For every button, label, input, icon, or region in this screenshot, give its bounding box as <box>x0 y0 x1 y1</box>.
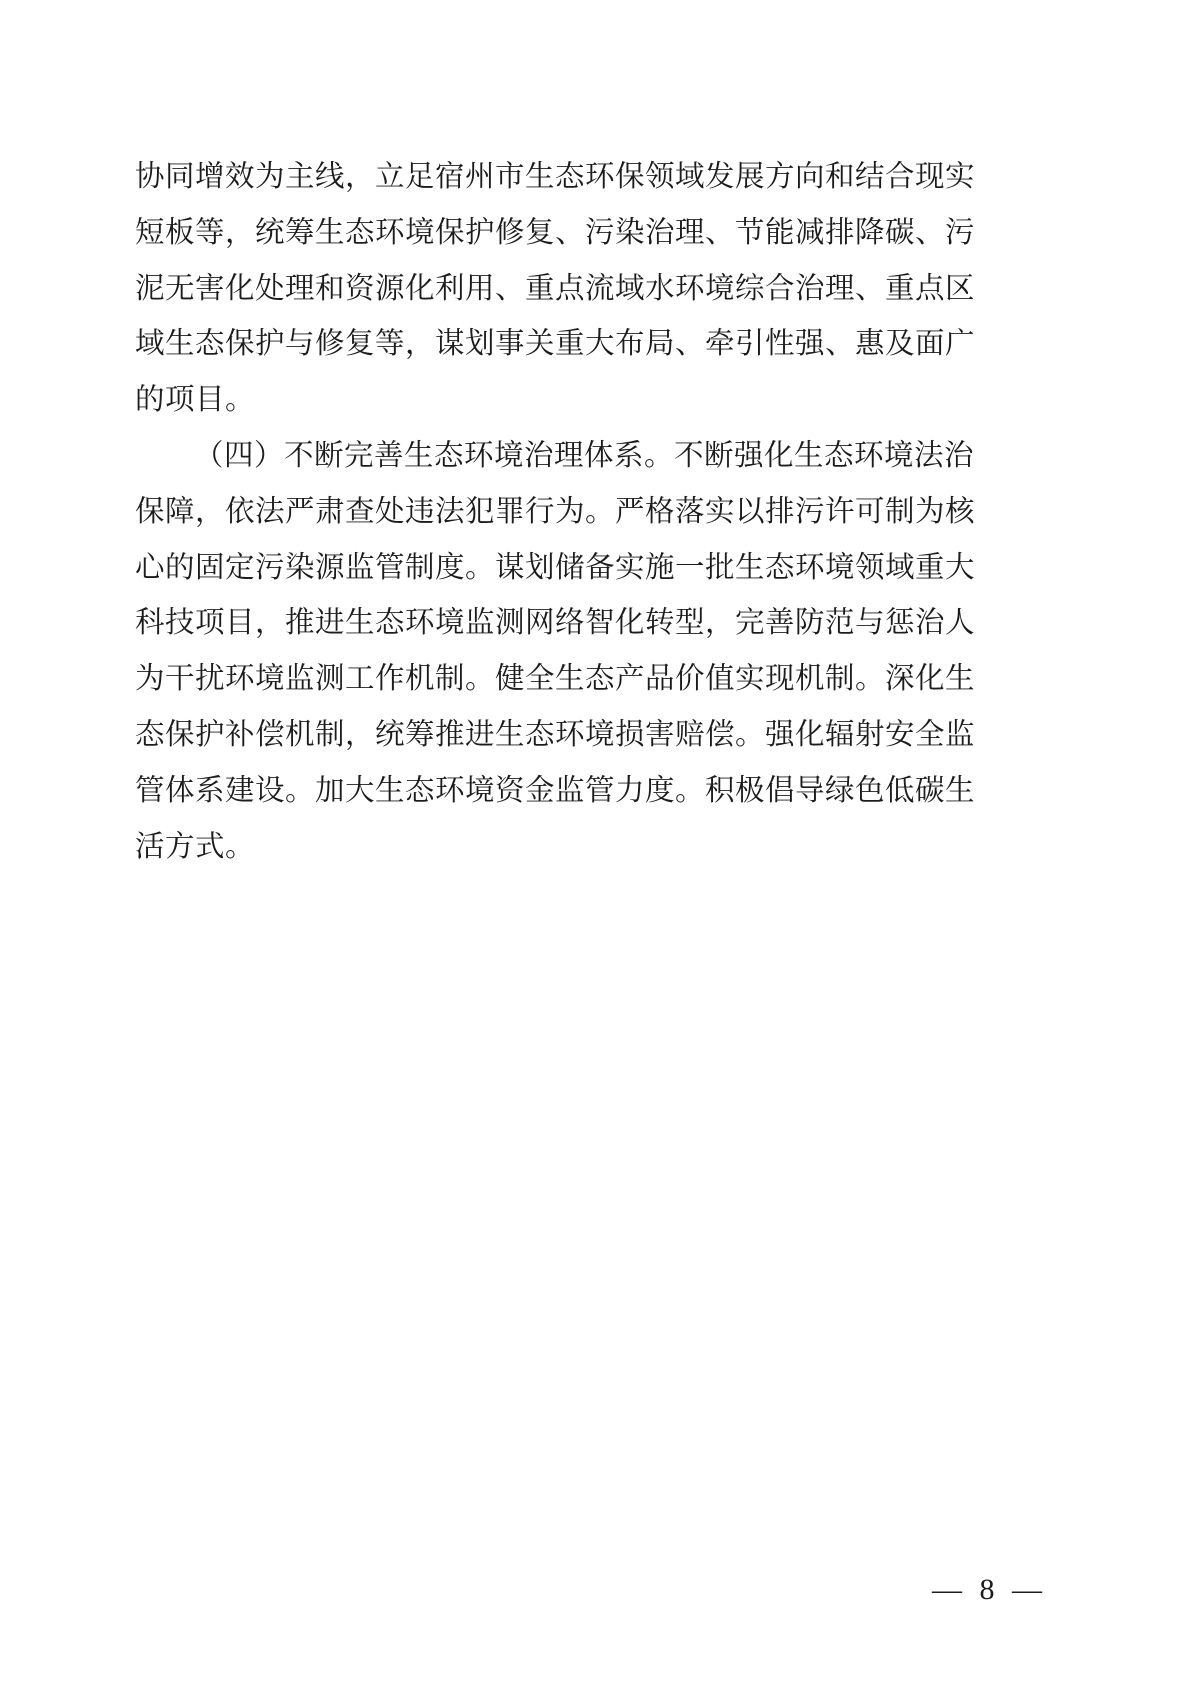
paragraph: （四）不断完善生态环境治理体系。不断强化生态环境法治 保障，依法严肃查处违法犯罪… <box>135 429 967 875</box>
text-line: 活方式。 <box>135 820 967 876</box>
text-line: 态保护补偿机制，统筹推进生态环境损害赔偿。强化辐射安全监 <box>135 708 967 764</box>
text-line: 心的固定污染源监管制度。谋划储备实施一批生态环境领域重大 <box>135 541 967 597</box>
paragraph: 协同增效为主线，立足宿州市生态环保领域发展方向和结合现实 短板等，统筹生态环境保… <box>135 150 967 429</box>
document-page: 协同增效为主线，立足宿州市生态环保领域发展方向和结合现实 短板等，统筹生态环境保… <box>0 0 1190 1683</box>
text-line: 科技项目，推进生态环境监测网络智化转型，完善防范与惩治人 <box>135 596 967 652</box>
text-line: （四）不断完善生态环境治理体系。不断强化生态环境法治 <box>135 429 967 485</box>
text-line: 域生态保护与修复等，谋划事关重大布局、牵引性强、惠及面广 <box>135 317 967 373</box>
text-line: 为干扰环境监测工作机制。健全生态产品价值实现机制。深化生 <box>135 652 967 708</box>
text-line: 协同增效为主线，立足宿州市生态环保领域发展方向和结合现实 <box>135 150 967 206</box>
text-line: 短板等，统筹生态环境保护修复、污染治理、节能减排降碳、污 <box>135 206 967 262</box>
text-line: 保障，依法严肃查处违法犯罪行为。严格落实以排污许可制为核 <box>135 485 967 541</box>
text-line: 管体系建设。加大生态环境资金监管力度。积极倡导绿色低碳生 <box>135 764 967 820</box>
text-line: 泥无害化处理和资源化利用、重点流域水环境综合治理、重点区 <box>135 262 967 318</box>
text-line: 的项目。 <box>135 373 967 429</box>
page-number: — 8 — <box>932 1572 1042 1608</box>
text-block: 协同增效为主线，立足宿州市生态环保领域发展方向和结合现实 短板等，统筹生态环境保… <box>135 150 967 875</box>
